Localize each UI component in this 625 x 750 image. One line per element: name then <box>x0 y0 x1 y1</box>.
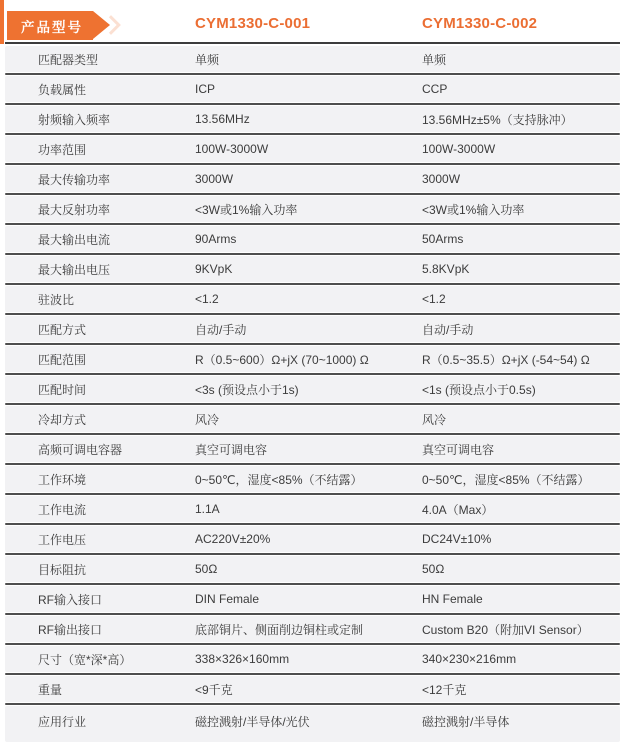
spec-value-model-1: DIN Female <box>195 592 422 606</box>
spec-value-model-2: <1.2 <box>422 292 620 306</box>
spec-table-body: 匹配器类型单频单频负载属性ICPCCP射频输入频率13.56MHz13.56MH… <box>5 46 620 742</box>
spec-value-model-2: 4.0A（Max） <box>422 501 620 518</box>
spec-row: 高频可调电容器真空可调电容真空可调电容 <box>5 436 620 462</box>
spec-value-model-1: R（0.5~600）Ω+jX (70~1000) Ω <box>195 351 422 368</box>
spec-value-model-1: 9KVpK <box>195 262 422 276</box>
spec-label: 冷却方式 <box>5 411 195 428</box>
spec-row: 匹配时间<3s (预设点小于1s)<1s (预设点小于0.5s) <box>5 376 620 402</box>
spec-row: 功率范围100W-3000W100W-3000W <box>5 136 620 162</box>
spec-value-model-2: 50Ω <box>422 562 620 576</box>
spec-value-model-2: <1s (预设点小于0.5s) <box>422 381 620 398</box>
spec-value-model-1: 100W-3000W <box>195 142 422 156</box>
row-separator <box>5 103 620 105</box>
row-separator <box>5 613 620 615</box>
spec-label: 工作电压 <box>5 531 195 548</box>
row-separator <box>5 163 620 165</box>
spec-row: 工作电流1.1A4.0A（Max） <box>5 496 620 522</box>
spec-value-model-1: 13.56MHz <box>195 112 422 126</box>
row-separator <box>5 373 620 375</box>
row-separator <box>5 433 620 435</box>
spec-row: RF输入接口DIN FemaleHN Female <box>5 586 620 612</box>
column-header-model-2: CYM1330-C-002 <box>422 15 537 32</box>
spec-value-model-2: 340×230×216mm <box>422 652 620 666</box>
spec-row: 负载属性ICPCCP <box>5 76 620 102</box>
spec-value-model-1: <9千克 <box>195 681 422 698</box>
spec-value-model-2: 13.56MHz±5%（支持脉冲） <box>422 111 620 128</box>
spec-value-model-2: <12千克 <box>422 681 620 698</box>
row-separator <box>5 673 620 675</box>
spec-value-model-2: 风冷 <box>422 411 620 428</box>
spec-label: 功率范围 <box>5 141 195 158</box>
spec-sheet-page: 产品型号 CYM1330-C-001 CYM1330-C-002 匹配器类型单频… <box>0 0 625 750</box>
row-separator <box>5 493 620 495</box>
row-separator <box>5 253 620 255</box>
spec-row: 应用行业磁控溅射/半导体/光伏磁控溅射/半导体 <box>5 706 620 742</box>
spec-value-model-2: CCP <box>422 82 620 96</box>
spec-row: 重量<9千克<12千克 <box>5 676 620 702</box>
left-accent-bar <box>0 0 4 44</box>
column-header-model-1: CYM1330-C-001 <box>195 15 310 32</box>
spec-value-model-1: <3s (预设点小于1s) <box>195 381 422 398</box>
spec-value-model-2: Custom B20（附加VI Sensor） <box>422 621 620 638</box>
row-separator <box>5 193 620 195</box>
spec-value-model-1: ICP <box>195 82 422 96</box>
row-separator <box>5 73 620 75</box>
spec-label: 应用行业 <box>5 713 195 730</box>
spec-label: 匹配范围 <box>5 351 195 368</box>
spec-label: 驻波比 <box>5 291 195 308</box>
spec-value-model-2: <3W或1%输入功率 <box>422 201 620 218</box>
spec-value-model-1: 自动/手动 <box>195 321 422 338</box>
spec-value-model-1: 50Ω <box>195 562 422 576</box>
spec-label: 负载属性 <box>5 81 195 98</box>
header-divider <box>5 42 620 44</box>
row-separator <box>5 553 620 555</box>
spec-value-model-1: 磁控溅射/半导体/光伏 <box>195 713 422 730</box>
spec-value-model-1: 0~50℃，湿度<85%（不结露） <box>195 471 422 488</box>
spec-row: 匹配器类型单频单频 <box>5 46 620 72</box>
spec-label: 最大输出电压 <box>5 261 195 278</box>
spec-row: RF输出接口底部铜片、侧面削边铜柱或定制Custom B20（附加VI Sens… <box>5 616 620 642</box>
row-separator <box>5 523 620 525</box>
row-separator <box>5 313 620 315</box>
spec-label: 射频输入频率 <box>5 111 195 128</box>
spec-label: 重量 <box>5 681 195 698</box>
spec-row: 最大反射功率<3W或1%输入功率<3W或1%输入功率 <box>5 196 620 222</box>
spec-row: 射频输入频率13.56MHz13.56MHz±5%（支持脉冲） <box>5 106 620 132</box>
spec-label: 匹配器类型 <box>5 51 195 68</box>
spec-value-model-2: R（0.5~35.5）Ω+jX (-54~54) Ω <box>422 351 620 368</box>
row-separator <box>5 283 620 285</box>
spec-value-model-2: 真空可调电容 <box>422 441 620 458</box>
spec-value-model-2: 自动/手动 <box>422 321 620 338</box>
spec-row: 最大传输功率3000W3000W <box>5 166 620 192</box>
spec-value-model-1: <1.2 <box>195 292 422 306</box>
spec-label: 匹配方式 <box>5 321 195 338</box>
spec-row: 尺寸（宽*深*高）338×326×160mm340×230×216mm <box>5 646 620 672</box>
spec-label: 匹配时间 <box>5 381 195 398</box>
spec-value-model-1: AC220V±20% <box>195 532 422 546</box>
row-separator <box>5 223 620 225</box>
spec-value-model-1: 3000W <box>195 172 422 186</box>
spec-row: 匹配范围R（0.5~600）Ω+jX (70~1000) ΩR（0.5~35.5… <box>5 346 620 372</box>
spec-value-model-2: 5.8KVpK <box>422 262 620 276</box>
product-model-badge: 产品型号 <box>7 11 93 40</box>
spec-value-model-1: 风冷 <box>195 411 422 428</box>
spec-label: 最大输出电流 <box>5 231 195 248</box>
spec-row: 最大输出电流90Arms50Arms <box>5 226 620 252</box>
row-separator <box>5 583 620 585</box>
spec-label: 目标阻抗 <box>5 561 195 578</box>
row-separator <box>5 133 620 135</box>
spec-row: 最大输出电压9KVpK5.8KVpK <box>5 256 620 282</box>
spec-row: 目标阻抗50Ω50Ω <box>5 556 620 582</box>
spec-value-model-2: HN Female <box>422 592 620 606</box>
spec-label: 最大传输功率 <box>5 171 195 188</box>
spec-value-model-2: 单频 <box>422 51 620 68</box>
spec-row: 驻波比<1.2<1.2 <box>5 286 620 312</box>
spec-value-model-2: 磁控溅射/半导体 <box>422 713 620 730</box>
spec-value-model-1: 90Arms <box>195 232 422 246</box>
spec-value-model-1: 338×326×160mm <box>195 652 422 666</box>
spec-label: RF输入接口 <box>5 591 195 608</box>
spec-row: 匹配方式自动/手动自动/手动 <box>5 316 620 342</box>
spec-row: 工作电压AC220V±20%DC24V±10% <box>5 526 620 552</box>
row-separator <box>5 403 620 405</box>
spec-value-model-1: 底部铜片、侧面削边铜柱或定制 <box>195 621 422 638</box>
row-separator <box>5 343 620 345</box>
spec-value-model-1: 单频 <box>195 51 422 68</box>
table-header: 产品型号 CYM1330-C-001 CYM1330-C-002 <box>0 0 625 46</box>
spec-label: 最大反射功率 <box>5 201 195 218</box>
spec-label: 尺寸（宽*深*高） <box>5 651 195 668</box>
row-separator <box>5 643 620 645</box>
spec-value-model-1: <3W或1%输入功率 <box>195 201 422 218</box>
spec-value-model-1: 1.1A <box>195 502 422 516</box>
row-separator <box>5 703 620 705</box>
spec-label: 高频可调电容器 <box>5 441 195 458</box>
spec-row: 冷却方式风冷风冷 <box>5 406 620 432</box>
row-separator <box>5 463 620 465</box>
spec-value-model-2: 100W-3000W <box>422 142 620 156</box>
spec-value-model-1: 真空可调电容 <box>195 441 422 458</box>
spec-label: 工作环境 <box>5 471 195 488</box>
spec-value-model-2: 50Arms <box>422 232 620 246</box>
spec-row: 工作环境0~50℃，湿度<85%（不结露）0~50℃，湿度<85%（不结露） <box>5 466 620 492</box>
spec-value-model-2: 0~50℃，湿度<85%（不结露） <box>422 471 620 488</box>
product-model-badge-label: 产品型号 <box>21 16 83 36</box>
spec-value-model-2: DC24V±10% <box>422 532 620 546</box>
spec-value-model-2: 3000W <box>422 172 620 186</box>
spec-label: 工作电流 <box>5 501 195 518</box>
spec-label: RF输出接口 <box>5 621 195 638</box>
